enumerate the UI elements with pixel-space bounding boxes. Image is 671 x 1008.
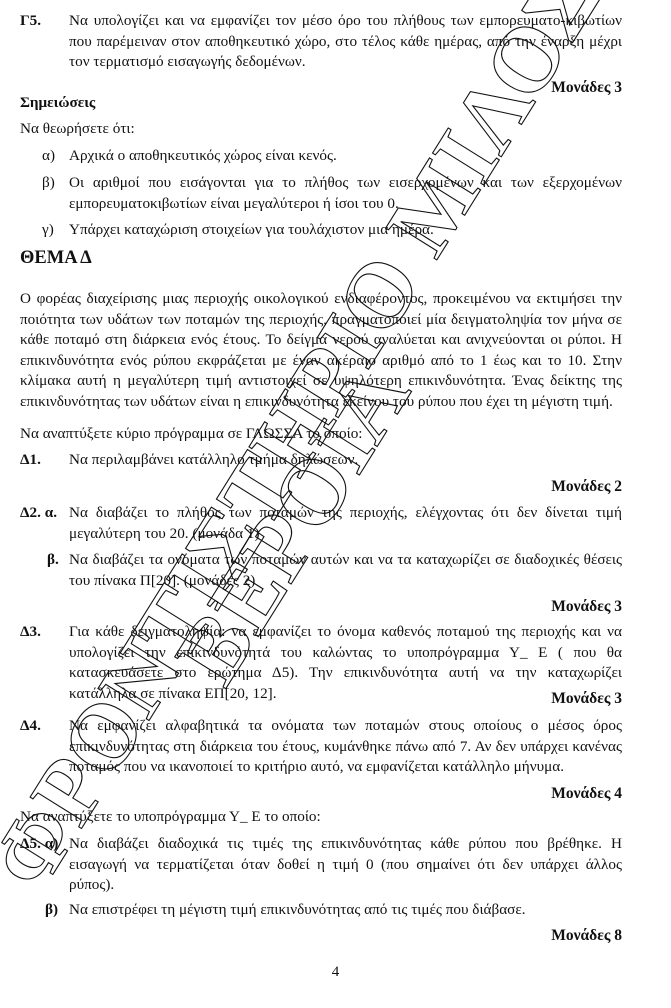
question-text-d2b: Να διαβάζει τα ονόματα των ποταμών αυτών… [69, 550, 622, 591]
question-text-d4: Να εμφανίζει αλφαβητικά τα ονόματα των π… [69, 716, 622, 778]
question-label-d2: Δ2. α. [20, 503, 57, 524]
subprogram-prompt: Να αναπτύξετε το υποπρόγραμμα Υ_ Ε το οπ… [20, 807, 321, 828]
theme-d-intro: Ο φορέας διαχείρισης μιας περιοχής οικολ… [20, 289, 622, 412]
question-text-d3: Για κάθε δειγματοληψία: να εμφανίζει το … [69, 622, 622, 704]
note-label-b: β) [42, 173, 55, 194]
marks-d3: Μονάδες 3 [551, 689, 622, 710]
marks-g5: Μονάδες 3 [551, 78, 622, 99]
page-number: 4 [0, 962, 671, 983]
theme-d-heading: ΘΕΜΑ Δ [20, 248, 92, 269]
marks-d2: Μονάδες 3 [551, 597, 622, 618]
notes-heading: Σημειώσεις [20, 93, 95, 114]
note-text-b: Οι αριθμοί που εισάγονται για το πλήθος … [69, 173, 622, 214]
marks-d5: Μονάδες 8 [551, 926, 622, 947]
marks-d1: Μονάδες 2 [551, 477, 622, 498]
question-text-d5a: Να διαβάζει διαδοχικά τις τιμές της επικ… [69, 834, 622, 896]
question-text-d5b: Να επιστρέφει τη μέγιστη τιμή επικινδυνό… [69, 900, 622, 921]
note-label-a: α) [42, 146, 55, 167]
main-program-prompt: Να αναπτύξετε κύριο πρόγραμμα σε ΓΛΩΣΣΑ … [20, 424, 363, 445]
question-text-d1: Να περιλαμβάνει κατάλληλο τμήμα δηλώσεων… [69, 450, 622, 471]
note-text-a: Αρχικά ο αποθηκευτικός χώρος είναι κενός… [69, 146, 622, 167]
question-text-d2a: Να διαβάζει το πλήθος των ποταμών της πε… [69, 503, 622, 544]
marks-d4: Μονάδες 4 [551, 784, 622, 805]
notes-intro: Να θεωρήσετε ότι: [20, 119, 135, 140]
question-label-d3: Δ3. [20, 622, 41, 643]
note-label-c: γ) [42, 220, 54, 241]
question-text-g5: Να υπολογίζει και να εμφανίζει τον μέσο … [69, 11, 622, 73]
question-label-d1: Δ1. [20, 450, 41, 471]
question-label-d5: Δ5. α) [20, 834, 58, 855]
question-label-d5b: β) [45, 900, 58, 921]
exam-page: Γ5. Να υπολογίζει και να εμφανίζει τον μ… [0, 0, 671, 1008]
question-label-d2b: β. [47, 550, 59, 571]
question-label-d4: Δ4. [20, 716, 41, 737]
note-text-c: Υπάρχει καταχώριση στοιχείων για τουλάχι… [69, 220, 622, 241]
question-label-g5: Γ5. [20, 11, 41, 32]
